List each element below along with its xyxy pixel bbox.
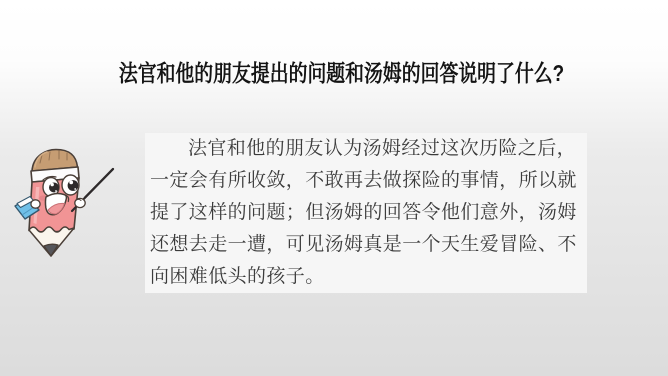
body-text-line: 提了这样的问题；但汤姆的回答令他们意外，汤姆 — [150, 197, 582, 229]
slide-title: 法官和他的朋友提出的问题和汤姆的回答说明了什么? — [74, 59, 609, 87]
presentation-slide: 法官和他的朋友提出的问题和汤姆的回答说明了什么? 法官和他的朋友认为汤姆经过这次… — [0, 0, 668, 376]
body-text-line: 向困难低头的孩子。 — [150, 261, 582, 293]
body-text-line: 法官和他的朋友认为汤姆经过这次历险之后， — [150, 133, 582, 165]
body-text-line: 还想去走一遭，可见汤姆真是一个天生爱冒险、不 — [150, 229, 582, 261]
body-textbox: 法官和他的朋友认为汤姆经过这次历险之后， 一定会有所收敛，不敢再去做探险的事情，… — [145, 133, 587, 293]
body-text-line: 一定会有所收敛，不敢再去做探险的事情，所以就 — [150, 165, 582, 197]
left-hand — [31, 200, 40, 208]
pencil-mascot-icon — [0, 140, 130, 265]
